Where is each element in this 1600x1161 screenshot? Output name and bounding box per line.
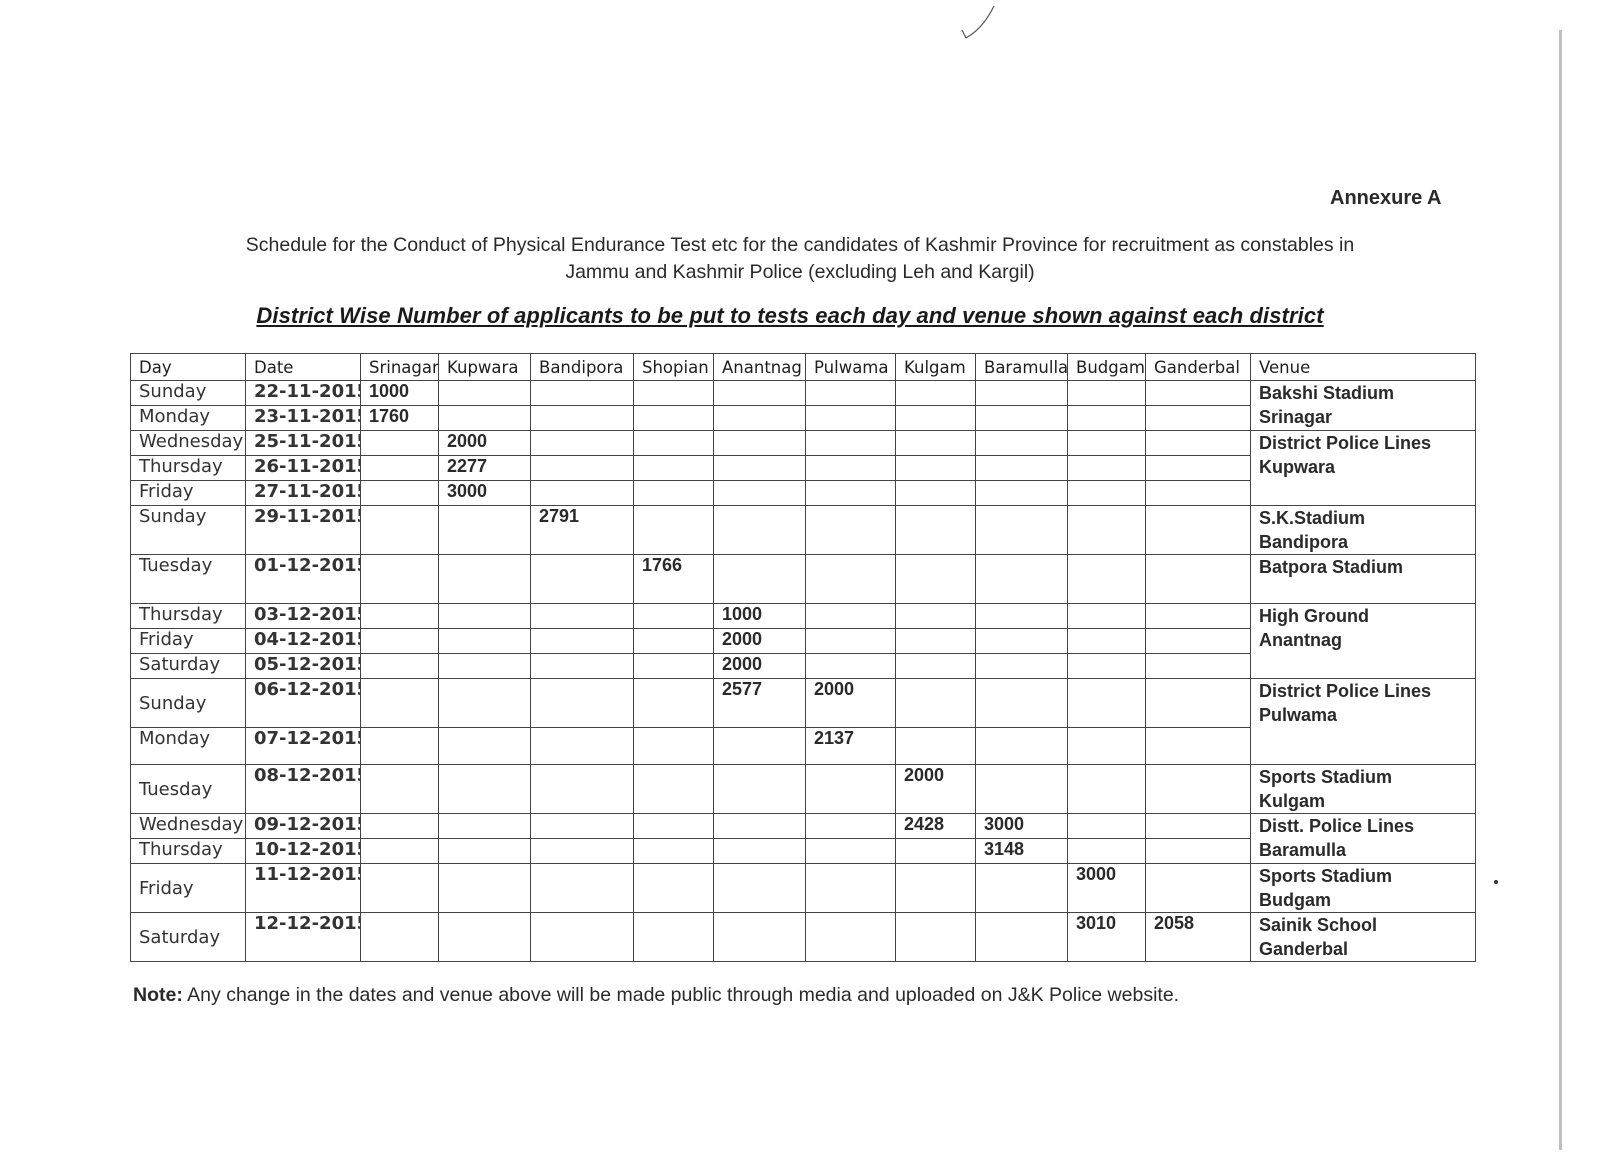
date-cell: 22-11-2015 [246,381,361,406]
day-cell: Friday [131,864,246,913]
column-header: Budgam [1068,354,1146,381]
applicant-count-cell [361,604,439,629]
venue-line-1: S.K.Stadium [1259,506,1467,530]
applicant-count-cell [531,481,634,506]
applicant-count-cell [1146,864,1251,913]
column-header: Srinagar [361,354,439,381]
applicant-count-cell: 3010 [1068,913,1146,962]
applicant-count-cell [976,555,1068,604]
day-cell: Thursday [131,604,246,629]
applicant-count-cell [896,456,976,481]
applicant-count-cell [531,406,634,431]
date-cell: 27-11-2015 [246,481,361,506]
day-cell: Thursday [131,456,246,481]
applicant-count-cell [1146,456,1251,481]
applicant-count-cell [439,913,531,962]
applicant-count-cell [1068,406,1146,431]
applicant-count-cell: 3000 [976,814,1068,839]
applicant-count-cell [714,913,806,962]
applicant-count-cell [634,654,714,679]
table-row: Sunday06-12-201525772000District Police … [131,679,1476,728]
applicant-count-cell [1068,728,1146,765]
applicant-count-cell [361,506,439,555]
date-cell: 26-11-2015 [246,456,361,481]
date-cell: 03-12-2015 [246,604,361,629]
day-cell: Tuesday [131,555,246,604]
applicant-count-cell [1068,431,1146,456]
venue-cell: Batpora Stadium [1251,555,1476,604]
date-cell: 04-12-2015 [246,629,361,654]
applicant-count-cell [439,765,531,814]
applicant-count-cell [1068,629,1146,654]
applicant-count-cell [976,913,1068,962]
applicant-count-cell [896,913,976,962]
venue-cell: S.K.StadiumBandipora [1251,506,1476,555]
applicant-count-cell: 2000 [439,431,531,456]
applicant-count-cell [1146,839,1251,864]
applicant-count-cell [439,728,531,765]
applicant-count-cell [361,456,439,481]
date-cell: 06-12-2015 [246,679,361,728]
day-cell: Thursday [131,839,246,864]
applicant-count-cell [634,431,714,456]
applicant-count-cell [531,679,634,728]
applicant-count-cell [896,679,976,728]
applicant-count-cell [439,406,531,431]
date-cell: 01-12-2015 [246,555,361,604]
applicant-count-cell [1146,481,1251,506]
applicant-count-cell: 2000 [714,654,806,679]
applicant-count-cell [896,839,976,864]
applicant-count-cell [439,381,531,406]
applicant-count-cell [1068,481,1146,506]
venue-line-2: Kupwara [1259,455,1467,479]
applicant-count-cell [531,629,634,654]
applicant-count-cell [634,913,714,962]
applicant-count-cell [1146,654,1251,679]
applicant-count-cell [1068,381,1146,406]
applicant-count-cell [531,604,634,629]
applicant-count-cell [439,839,531,864]
venue-cell: Sports StadiumBudgam [1251,864,1476,913]
applicant-count-cell [361,765,439,814]
date-cell: 11-12-2015 [246,864,361,913]
applicant-count-cell [896,381,976,406]
note-text: Any change in the dates and venue above … [183,984,1179,1006]
note-label: Note: [133,984,183,1006]
applicant-count-cell [634,604,714,629]
applicant-count-cell: 2058 [1146,913,1251,962]
applicant-count-cell: 2000 [896,765,976,814]
table-row: Tuesday08-12-20152000Sports StadiumKulga… [131,765,1476,814]
scan-speck [1494,880,1498,884]
venue-cell: Bakshi StadiumSrinagar [1251,381,1476,431]
applicant-count-cell [439,555,531,604]
applicant-count-cell [714,381,806,406]
applicant-count-cell [896,555,976,604]
applicant-count-cell [531,814,634,839]
applicant-count-cell [634,481,714,506]
applicant-count-cell: 1000 [714,604,806,629]
venue-line-2: Anantnag [1259,628,1467,652]
applicant-count-cell [806,913,896,962]
applicant-count-cell [976,406,1068,431]
applicant-count-cell [714,406,806,431]
pen-stroke-mark [960,4,1000,40]
applicant-count-cell [896,629,976,654]
applicant-count-cell [361,839,439,864]
applicant-count-cell [976,629,1068,654]
applicant-count-cell [1146,728,1251,765]
venue-line-1: Sainik School [1259,913,1467,937]
applicant-count-cell [1146,555,1251,604]
day-cell: Monday [131,406,246,431]
applicant-count-cell [714,765,806,814]
applicant-count-cell [806,381,896,406]
applicant-count-cell [1146,431,1251,456]
document-subtitle: Schedule for the Conduct of Physical End… [150,232,1450,286]
applicant-count-cell: 2791 [531,506,634,555]
column-header: Anantnag [714,354,806,381]
applicant-count-cell [634,765,714,814]
applicant-count-cell [634,679,714,728]
applicant-count-cell [806,406,896,431]
applicant-count-cell [361,913,439,962]
applicant-count-cell [896,406,976,431]
applicant-count-cell [1146,604,1251,629]
applicant-count-cell [896,481,976,506]
column-header: Kulgam [896,354,976,381]
table-row: Wednesday09-12-201524283000Distt. Police… [131,814,1476,839]
applicant-count-cell: 2137 [806,728,896,765]
applicant-count-cell [1068,765,1146,814]
applicant-count-cell: 2000 [714,629,806,654]
applicant-count-cell [634,381,714,406]
applicant-count-cell [439,629,531,654]
venue-line-2: Ganderbal [1259,937,1467,961]
applicant-count-cell [976,604,1068,629]
applicant-count-cell [714,728,806,765]
applicant-count-cell: 3000 [439,481,531,506]
applicant-count-cell [714,864,806,913]
applicant-count-cell [806,654,896,679]
date-cell: 12-12-2015 [246,913,361,962]
applicant-count-cell [361,864,439,913]
table-row: Thursday03-12-20151000High GroundAnantna… [131,604,1476,629]
applicant-count-cell [806,431,896,456]
applicant-count-cell [714,839,806,864]
applicant-count-cell [976,506,1068,555]
applicant-count-cell [896,604,976,629]
applicant-count-cell [439,654,531,679]
applicant-count-cell [361,629,439,654]
applicant-count-cell [439,864,531,913]
applicant-count-cell: 1000 [361,381,439,406]
applicant-count-cell [806,629,896,654]
venue-line-1: Sports Stadium [1259,765,1467,789]
applicant-count-cell [1068,654,1146,679]
venue-line-1: High Ground [1259,604,1467,628]
subtitle-line-2: Jammu and Kashmir Police (excluding Leh … [150,259,1450,286]
column-header: Ganderbal [1146,354,1251,381]
date-cell: 09-12-2015 [246,814,361,839]
applicant-count-cell [976,765,1068,814]
applicant-count-cell [714,431,806,456]
column-header: Baramulla [976,354,1068,381]
applicant-count-cell [531,913,634,962]
column-header: Pulwama [806,354,896,381]
venue-cell: Sports StadiumKulgam [1251,765,1476,814]
applicant-count-cell [531,431,634,456]
schedule-table: DayDateSrinagarKupwaraBandiporaShopianAn… [130,353,1476,962]
applicant-count-cell [439,679,531,728]
table-row: Sunday22-11-20151000Bakshi StadiumSrinag… [131,381,1476,406]
day-cell: Wednesday [131,431,246,456]
date-cell: 05-12-2015 [246,654,361,679]
applicant-count-cell [439,506,531,555]
applicant-count-cell [531,864,634,913]
date-cell: 29-11-2015 [246,506,361,555]
venue-line-1: Distt. Police Lines [1259,814,1467,838]
venue-cell: District Police LinesPulwama [1251,679,1476,765]
applicant-count-cell [806,604,896,629]
applicant-count-cell [714,456,806,481]
applicant-count-cell [634,864,714,913]
applicant-count-cell [531,381,634,406]
venue-line-2: Bandipora [1259,530,1467,554]
applicant-count-cell [976,431,1068,456]
applicant-count-cell [976,481,1068,506]
applicant-count-cell [1068,814,1146,839]
applicant-count-cell [896,864,976,913]
date-cell: 07-12-2015 [246,728,361,765]
applicant-count-cell [1068,679,1146,728]
table-row: Tuesday01-12-20151766Batpora Stadium [131,555,1476,604]
applicant-count-cell [634,728,714,765]
venue-line-2: Kulgam [1259,789,1467,813]
applicant-count-cell [361,679,439,728]
applicant-count-cell: 3000 [1068,864,1146,913]
applicant-count-cell [634,839,714,864]
applicant-count-cell: 2000 [806,679,896,728]
table-header-row: DayDateSrinagarKupwaraBandiporaShopianAn… [131,354,1476,381]
applicant-count-cell [714,814,806,839]
applicant-count-cell [976,456,1068,481]
applicant-count-cell [714,481,806,506]
venue-line-2: Srinagar [1259,405,1467,429]
footnote: Note: Any change in the dates and venue … [133,984,1179,1007]
applicant-count-cell [806,456,896,481]
page-edge-shadow [1559,30,1562,1150]
annexure-label: Annexure A [1330,187,1442,210]
day-cell: Sunday [131,506,246,555]
venue-line-2: Pulwama [1259,703,1467,727]
venue-line-1: Bakshi Stadium [1259,381,1467,405]
applicant-count-cell: 1760 [361,406,439,431]
applicant-count-cell [634,629,714,654]
table-row: Sunday29-11-20152791S.K.StadiumBandipora [131,506,1476,555]
column-header: Bandipora [531,354,634,381]
applicant-count-cell [439,604,531,629]
day-cell: Saturday [131,654,246,679]
venue-cell: High GroundAnantnag [1251,604,1476,679]
applicant-count-cell: 2428 [896,814,976,839]
applicant-count-cell [361,814,439,839]
applicant-count-cell [634,506,714,555]
date-cell: 08-12-2015 [246,765,361,814]
applicant-count-cell [806,506,896,555]
applicant-count-cell [976,728,1068,765]
applicant-count-cell [1068,506,1146,555]
applicant-count-cell [806,765,896,814]
day-cell: Sunday [131,381,246,406]
applicant-count-cell [976,679,1068,728]
applicant-count-cell [896,431,976,456]
applicant-count-cell [634,456,714,481]
venue-cell: Sainik SchoolGanderbal [1251,913,1476,962]
venue-line-1: District Police Lines [1259,679,1467,703]
applicant-count-cell: 1766 [634,555,714,604]
column-header: Shopian [634,354,714,381]
column-header: Date [246,354,361,381]
venue-line-2: Baramulla [1259,838,1467,862]
venue-line-1: District Police Lines [1259,431,1467,455]
applicant-count-cell [1146,406,1251,431]
applicant-count-cell [1068,839,1146,864]
applicant-count-cell [361,431,439,456]
venue-cell: District Police LinesKupwara [1251,431,1476,506]
column-header: Kupwara [439,354,531,381]
day-cell: Friday [131,629,246,654]
applicant-count-cell: 2577 [714,679,806,728]
applicant-count-cell [531,456,634,481]
day-cell: Friday [131,481,246,506]
day-cell: Wednesday [131,814,246,839]
applicant-count-cell [1068,456,1146,481]
applicant-count-cell [896,654,976,679]
applicant-count-cell [1146,765,1251,814]
applicant-count-cell [1146,629,1251,654]
applicant-count-cell [806,814,896,839]
applicant-count-cell [806,555,896,604]
applicant-count-cell [361,481,439,506]
venue-cell: Distt. Police LinesBaramulla [1251,814,1476,864]
day-cell: Tuesday [131,765,246,814]
applicant-count-cell [531,654,634,679]
applicant-count-cell [1146,814,1251,839]
date-cell: 23-11-2015 [246,406,361,431]
applicant-count-cell [1146,506,1251,555]
applicant-count-cell [361,654,439,679]
table-row: Friday11-12-20153000Sports StadiumBudgam [131,864,1476,913]
table-row: Wednesday25-11-20152000District Police L… [131,431,1476,456]
column-header: Day [131,354,246,381]
applicant-count-cell [361,555,439,604]
table-row: Saturday12-12-201530102058Sainik SchoolG… [131,913,1476,962]
day-cell: Sunday [131,679,246,728]
applicant-count-cell: 3148 [976,839,1068,864]
applicant-count-cell [976,381,1068,406]
date-cell: 10-12-2015 [246,839,361,864]
table-heading: District Wise Number of applicants to be… [200,303,1380,329]
applicant-count-cell [806,864,896,913]
applicant-count-cell [976,654,1068,679]
applicant-count-cell [531,728,634,765]
applicant-count-cell [1146,381,1251,406]
venue-line-1: Batpora Stadium [1259,555,1467,579]
applicant-count-cell [531,555,634,604]
day-cell: Monday [131,728,246,765]
venue-line-1: Sports Stadium [1259,864,1467,888]
subtitle-line-1: Schedule for the Conduct of Physical End… [150,232,1450,259]
applicant-count-cell [531,839,634,864]
applicant-count-cell [714,555,806,604]
applicant-count-cell [806,839,896,864]
applicant-count-cell [634,406,714,431]
applicant-count-cell [361,728,439,765]
applicant-count-cell [896,506,976,555]
applicant-count-cell [976,864,1068,913]
applicant-count-cell [714,506,806,555]
applicant-count-cell [896,728,976,765]
day-cell: Saturday [131,913,246,962]
applicant-count-cell [1146,679,1251,728]
applicant-count-cell [439,814,531,839]
applicant-count-cell [531,765,634,814]
applicant-count-cell [1068,604,1146,629]
applicant-count-cell [806,481,896,506]
date-cell: 25-11-2015 [246,431,361,456]
applicant-count-cell [1068,555,1146,604]
column-header: Venue [1251,354,1476,381]
applicant-count-cell [634,814,714,839]
venue-line-2: Budgam [1259,888,1467,912]
applicant-count-cell: 2277 [439,456,531,481]
